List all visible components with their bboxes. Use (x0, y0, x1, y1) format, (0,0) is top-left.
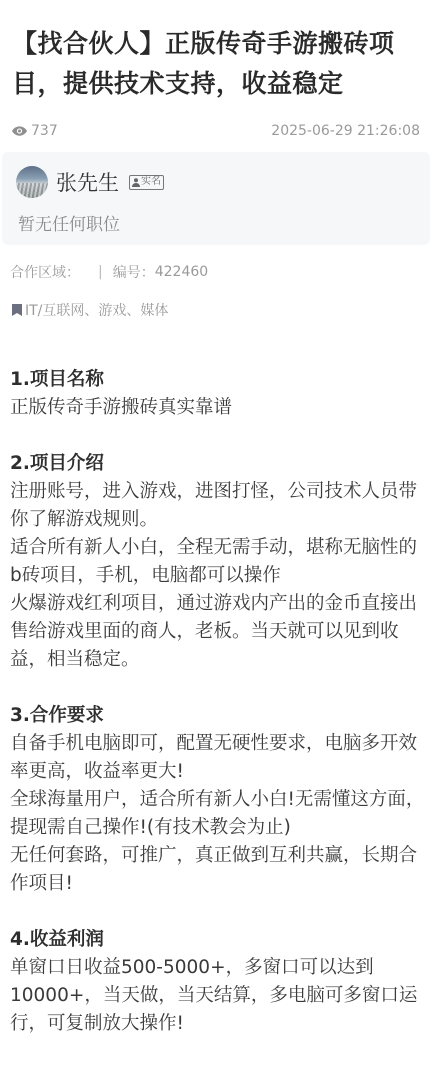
section-line: 注册账号，进入游戏，进图打怪，公司技术人员带你了解游戏规则。 (10, 478, 426, 534)
info-row: 合作区域： | 编号： 422460 (10, 262, 208, 282)
section-heading: 4.收益利润 (10, 926, 426, 954)
avatar[interactable] (16, 166, 48, 198)
region-label: 合作区域： (10, 262, 80, 282)
section-heading: 1.项目名称 (10, 366, 426, 394)
post-timestamp: 2025-06-29 21:26:08 (271, 123, 420, 139)
author-card[interactable]: 张先生 实名 暂无任何职位 (2, 152, 430, 245)
section-line: 自备手机电脑即可，配置无硬性要求，电脑多开效率更高，收益率更大! (10, 730, 426, 786)
bookmark-icon (12, 304, 22, 316)
post-meta: 737 2025-06-29 21:26:08 (12, 122, 420, 140)
info-separator: | (98, 264, 103, 280)
id-label: 编号： (113, 262, 155, 282)
eye-icon (12, 126, 27, 136)
post-detail-page: 【找合伙人】正版传奇手游搬砖项目，提供技术支持，收益稳定 737 2025-06… (0, 0, 432, 1066)
author-position: 暂无任何职位 (18, 210, 120, 235)
section-project-name: 1.项目名称 正版传奇手游搬砖真实靠谱 (10, 366, 426, 422)
post-title: 【找合伙人】正版传奇手游搬砖项目，提供技术支持，收益稳定 (12, 24, 424, 104)
section-heading: 2.项目介绍 (10, 450, 426, 478)
section-line: 火爆游戏红利项目，通过游戏内产出的金币直接出售给游戏里面的商人，老板。当天就可以… (10, 590, 426, 674)
id-value: 422460 (155, 264, 208, 280)
verified-badge-label: 实名 (141, 176, 161, 188)
section-line: 无任何套路，可推广，真正做到互利共赢，长期合作项目! (10, 842, 426, 898)
section-heading: 3.合作要求 (10, 702, 426, 730)
person-icon (132, 178, 140, 187)
section-line: 全球海量用户，适合所有新人小白!无需懂这方面，提现需自己操作!(有技术教会为止) (10, 786, 426, 842)
industry-tags: IT/互联网、游戏、媒体 (12, 300, 168, 320)
section-project-intro: 2.项目介绍 注册账号，进入游戏，进图打怪，公司技术人员带你了解游戏规则。 适合… (10, 450, 426, 674)
post-body: 1.项目名称 正版传奇手游搬砖真实靠谱 2.项目介绍 注册账号，进入游戏，进图打… (10, 366, 426, 1066)
author-name[interactable]: 张先生 (56, 167, 119, 197)
industry-tags-text: IT/互联网、游戏、媒体 (25, 300, 168, 320)
verified-badge: 实名 (129, 175, 164, 190)
view-count: 737 (12, 123, 58, 139)
section-line: 单窗口日收益500-5000+，多窗口可以达到10000+，当天做，当天结算，多… (10, 954, 426, 1038)
section-profit: 4.收益利润 单窗口日收益500-5000+，多窗口可以达到10000+，当天做… (10, 926, 426, 1038)
author-row: 张先生 实名 (16, 166, 164, 198)
view-count-value: 737 (31, 123, 58, 139)
section-line: 适合所有新人小白，全程无需手动，堪称无脑性的b砖项目，手机，电脑都可以操作 (10, 534, 426, 590)
section-line: 正版传奇手游搬砖真实靠谱 (10, 394, 426, 422)
section-cooperation-requirements: 3.合作要求 自备手机电脑即可，配置无硬性要求，电脑多开效率更高，收益率更大! … (10, 702, 426, 898)
